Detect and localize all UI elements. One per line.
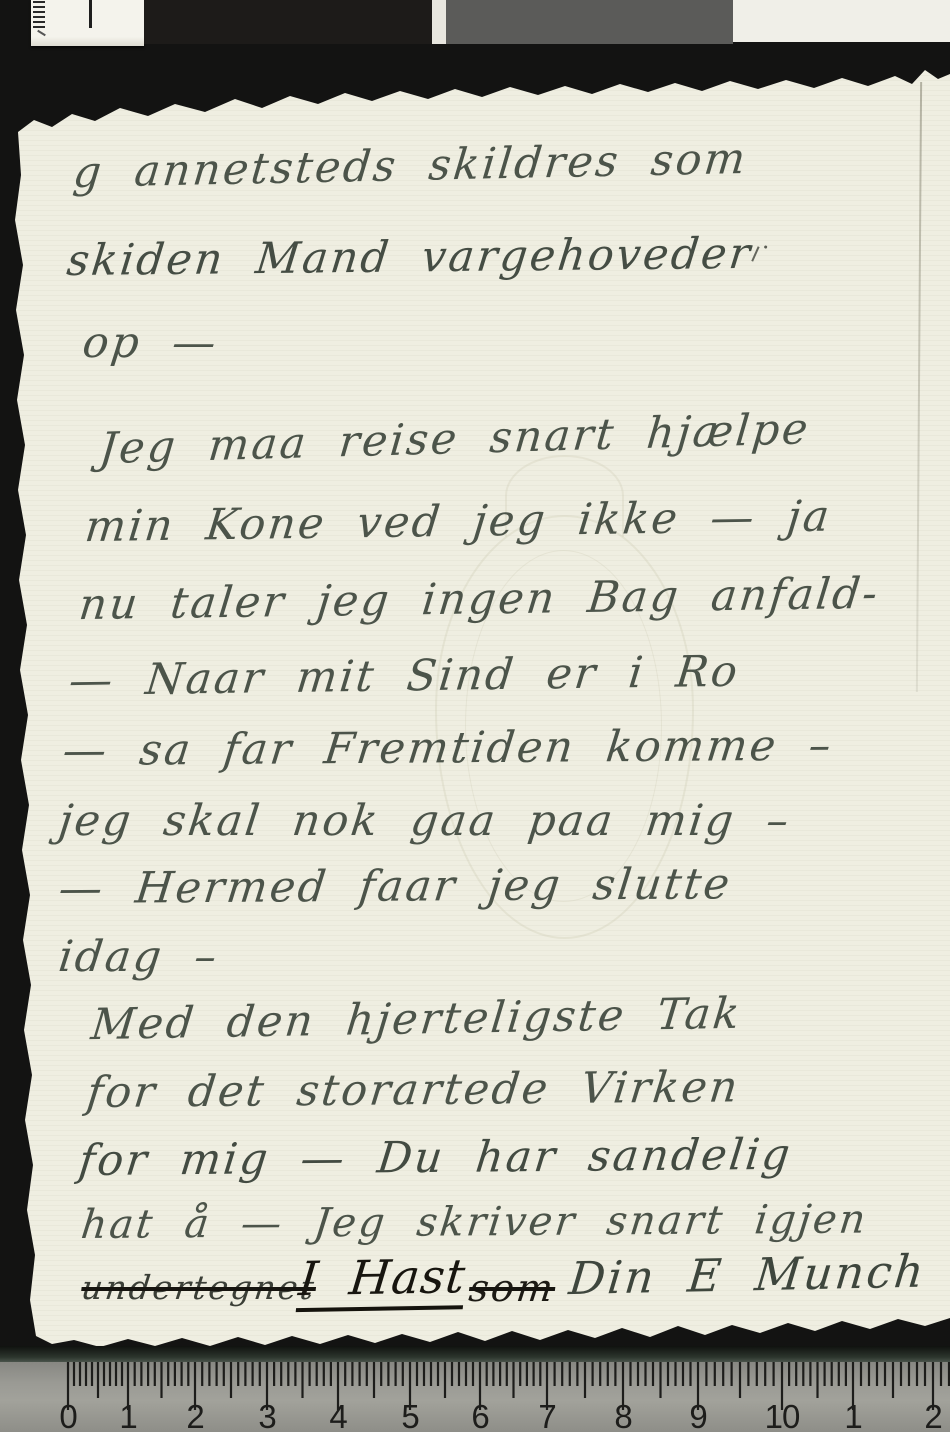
ruler-fragment-tick: [89, 0, 92, 28]
calibration-gray-patch: [446, 0, 733, 44]
handwriting-line-3: op —: [80, 318, 221, 368]
ruler-number: 1: [831, 1398, 875, 1432]
handwriting-line-13: for det storartede Virken: [84, 1062, 742, 1118]
closing-in-haste: I Hast: [296, 1249, 469, 1312]
handwriting-line-2: skiden Mand vargehoveder: [64, 229, 755, 286]
handwriting-line-6: nu taler jeg ingen Bag anfald-: [77, 569, 883, 630]
ruler-number: 8: [601, 1398, 645, 1432]
ruler-number: 3: [245, 1398, 289, 1432]
handwriting-line-15: hat å — Jeg skriver snart igjen: [79, 1197, 871, 1249]
handwriting-line-12: Med den hjerteligste Tak: [89, 989, 744, 1050]
calibration-black-patch: [144, 0, 432, 44]
ruler-number: 5: [388, 1398, 432, 1432]
ruler-number: 2: [173, 1398, 217, 1432]
handwriting-line-5: min Kone ved jeg ikke — ja: [83, 492, 834, 552]
closing-struck-word: undertegnet: [79, 1268, 318, 1307]
letter-page: g annetsteds skildres som skiden Mand va…: [0, 0, 950, 1432]
top-ruler-fragment: [31, 0, 144, 46]
handwriting-line-9: jeg skal nok gaa paa mig –: [56, 796, 794, 846]
stray-ink-mark: [751, 246, 768, 265]
ruler-number: 4: [316, 1398, 360, 1432]
ruler-number: 7: [525, 1398, 569, 1432]
ruler-number: 10: [760, 1398, 804, 1432]
ruler-number: 2: [911, 1398, 950, 1432]
handwriting-line-14: for mig — Du har sandelig: [76, 1130, 794, 1186]
handwriting-line-8: — sa far Fremtiden komme –: [60, 721, 836, 776]
ruler-fragment-ticks: [33, 1, 45, 28]
signature: Din E Munch: [567, 1245, 929, 1306]
paper-crease: [916, 82, 922, 692]
ruler-number: 1: [106, 1398, 150, 1432]
ruler-fragment-scratch: [37, 30, 46, 36]
ruler-bevel-edge: [0, 1346, 950, 1362]
ruler-number: 0: [46, 1398, 90, 1432]
handwriting-line-11: idag –: [56, 932, 222, 982]
archival-photo: g annetsteds skildres som skiden Mand va…: [0, 0, 950, 1432]
calibration-white-patch: [733, 0, 950, 42]
ruler-number: 9: [676, 1398, 720, 1432]
calibration-white-sliver: [432, 0, 446, 44]
handwriting-line-7: — Naar mit Sind er i Ro: [67, 647, 743, 706]
ruler-number: 6: [458, 1398, 502, 1432]
handwriting-line-4: Jeg maa reise snart hjælpe: [97, 404, 812, 474]
closing-struck-word-2: som: [467, 1266, 558, 1310]
handwriting-line-10: — Hermed faar jeg slutte: [56, 859, 734, 914]
handwriting-line-1: g annetsteds skildres som: [71, 134, 750, 198]
